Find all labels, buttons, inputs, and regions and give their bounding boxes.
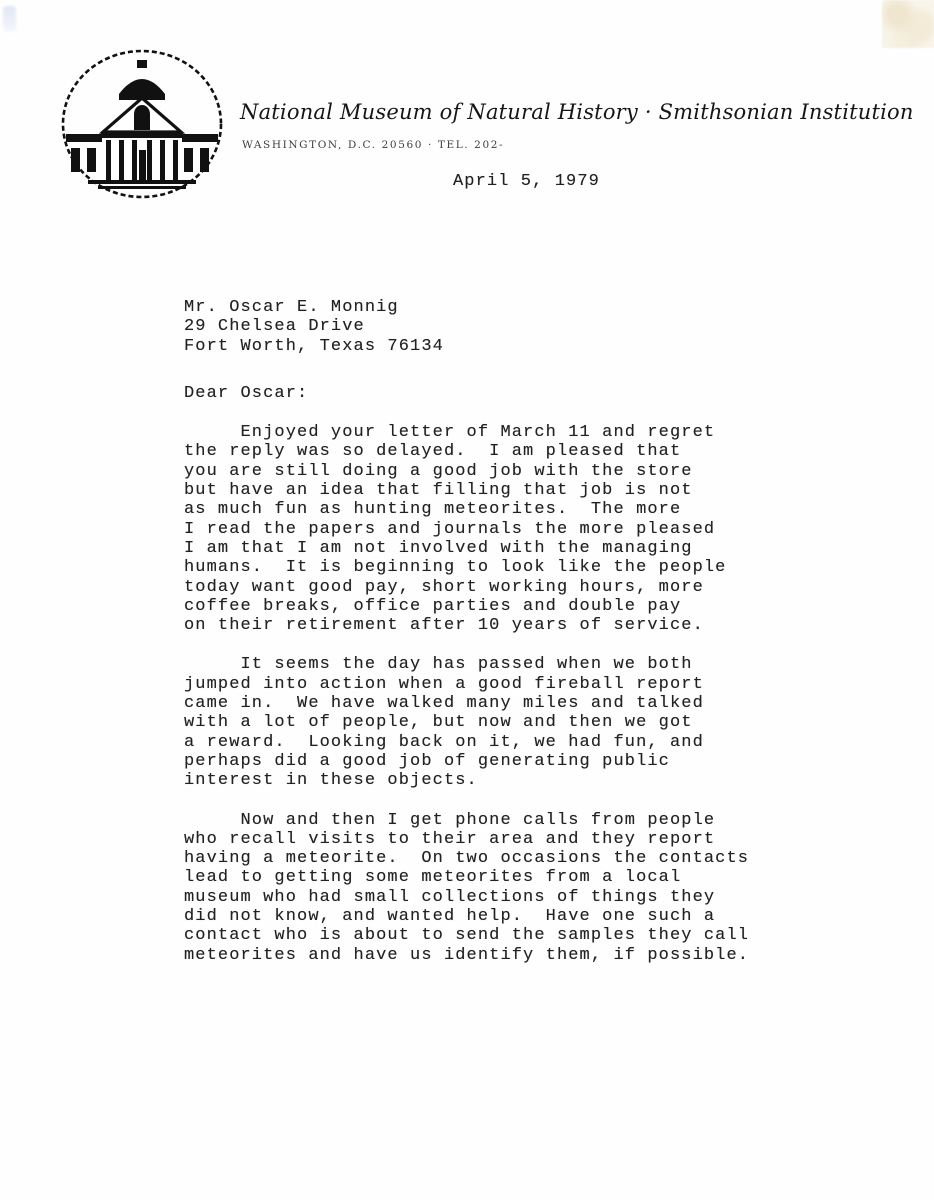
organization-address: WASHINGTON, D.C. 20560 · TEL. 202- bbox=[242, 139, 504, 151]
museum-seal-logo bbox=[58, 46, 226, 202]
letter-body: Mr. Oscar E. Monnig 29 Chelsea Drive For… bbox=[184, 298, 824, 965]
paragraph: It seems the day has passed when we both… bbox=[184, 655, 824, 790]
scan-stain-artifact bbox=[882, 0, 934, 48]
paragraph: Now and then I get phone calls from peop… bbox=[184, 811, 824, 965]
letter-page: National Museum of Natural History · Smi… bbox=[0, 0, 934, 1200]
recipient-address: Mr. Oscar E. Monnig 29 Chelsea Drive For… bbox=[184, 298, 824, 356]
organization-title: National Museum of Natural History · Smi… bbox=[240, 100, 900, 124]
letter-date: April 5, 1979 bbox=[453, 172, 600, 191]
salutation: Dear Oscar: bbox=[184, 384, 824, 403]
museum-building-icon bbox=[58, 46, 226, 202]
paragraph: Enjoyed your letter of March 11 and regr… bbox=[184, 423, 824, 635]
scan-smudge-artifact bbox=[3, 6, 16, 32]
